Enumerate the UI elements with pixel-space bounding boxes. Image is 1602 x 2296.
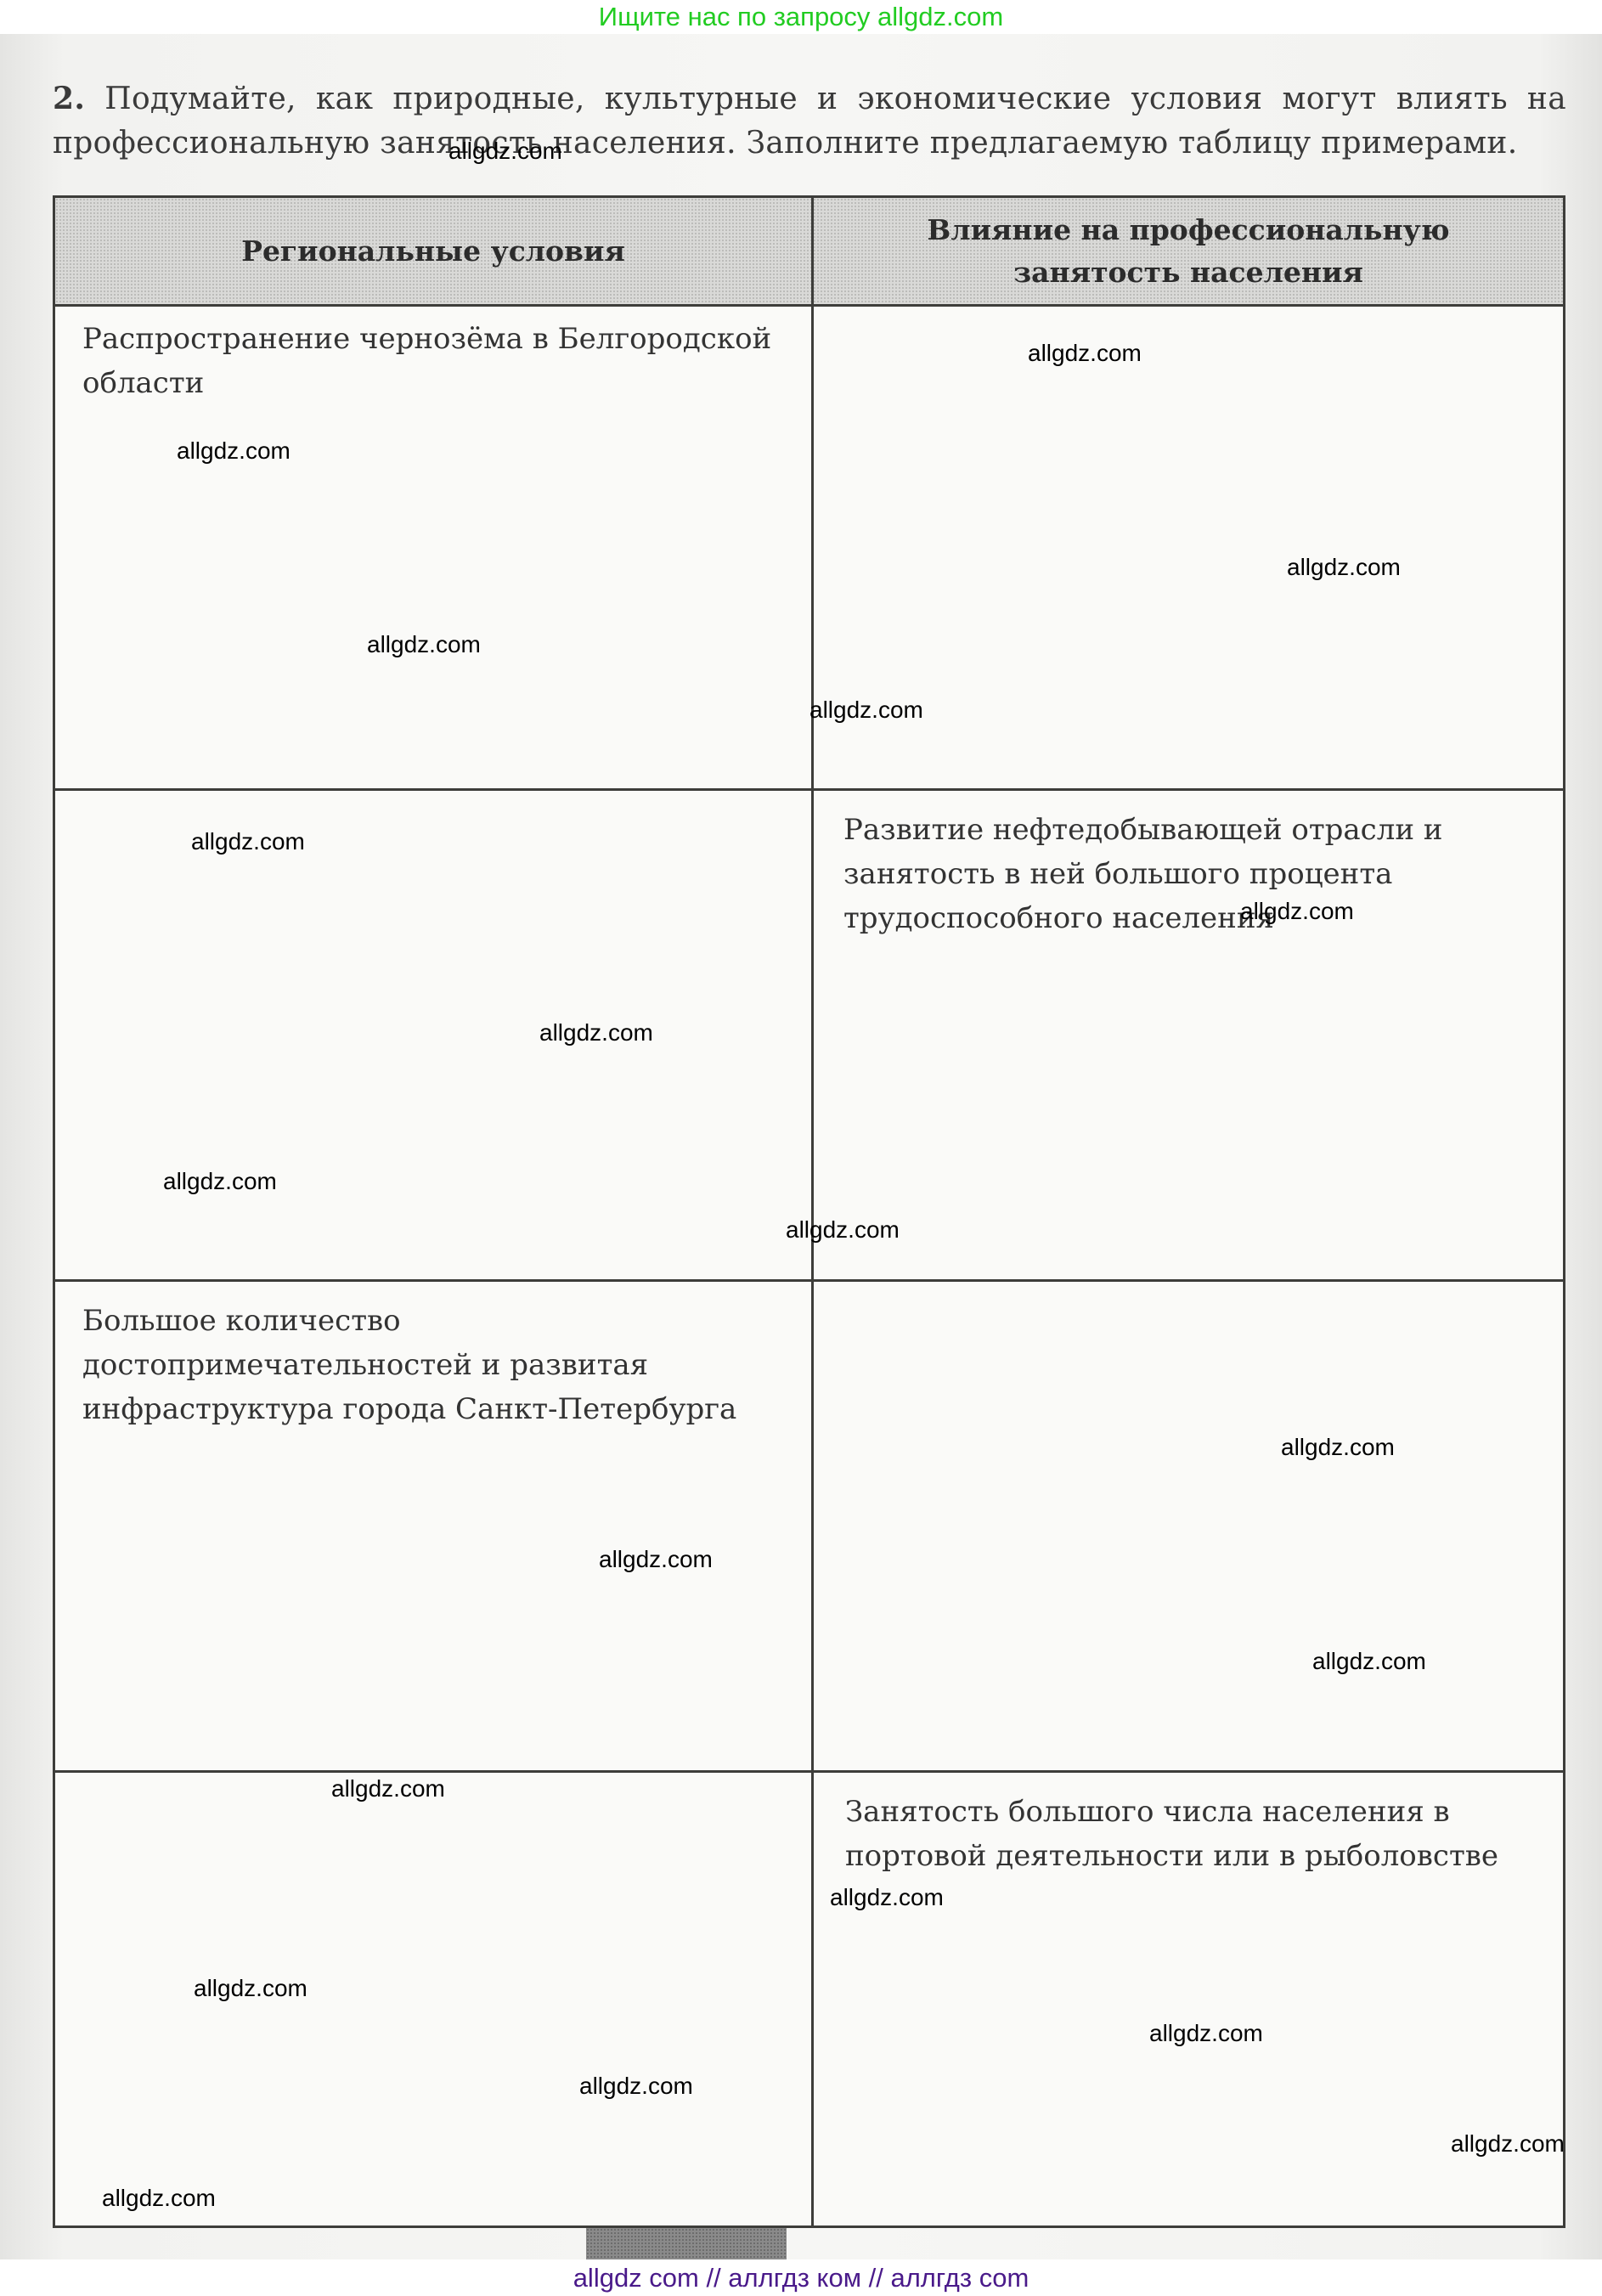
top-banner[interactable]: Ищите нас по запросу allgdz.com	[0, 0, 1602, 34]
watermark: allgdz.com	[1240, 898, 1354, 925]
task-prompt: 2. Подумайте, как природные, культурные …	[53, 76, 1566, 166]
row-1-condition[interactable]: Распространение чернозёма в Белгородской…	[82, 317, 779, 405]
watermark: allgdz.com	[331, 1775, 445, 1802]
row-divider	[55, 1770, 1563, 1773]
watermark: allgdz.com	[191, 828, 305, 855]
examples-table: Региональные условия Влияние на професси…	[53, 195, 1565, 2228]
watermark: allgdz.com	[1287, 554, 1401, 581]
watermark: allgdz.com	[194, 1975, 307, 2002]
watermark: allgdz.com	[1451, 2130, 1565, 2158]
watermark: allgdz.com	[599, 1546, 713, 1573]
watermark: allgdz.com	[1149, 2020, 1263, 2047]
task-number: 2.	[53, 81, 85, 116]
row-divider	[55, 1279, 1563, 1282]
header-regional-conditions: Региональные условия	[55, 198, 811, 304]
watermark: allgdz.com	[163, 1168, 277, 1195]
watermark: allgdz.com	[102, 2185, 216, 2212]
watermark: allgdz.com	[786, 1216, 900, 1244]
watermark: allgdz.com	[579, 2073, 693, 2100]
header-influence: Влияние на профессиональную занятость на…	[814, 198, 1563, 304]
watermark: allgdz.com	[367, 631, 481, 658]
watermark: allgdz.com	[830, 1884, 944, 1911]
watermark: allgdz.com	[1028, 340, 1142, 367]
task-text: Подумайте, как природные, культурные и э…	[53, 82, 1566, 161]
row-2-influence[interactable]: Развитие нефтедобывающей отрасли и занят…	[843, 808, 1540, 940]
watermark: allgdz.com	[1281, 1434, 1395, 1461]
watermark: allgdz.com	[448, 138, 562, 165]
column-divider	[811, 198, 814, 2225]
row-4-influence[interactable]: Занятость большого числа населения в пор…	[845, 1790, 1542, 1878]
row-divider	[55, 788, 1563, 791]
textbook-page: 2. Подумайте, как природные, культурные …	[0, 34, 1602, 2259]
footer-links[interactable]: allgdz com // аллгдз ком // аллгдз com	[0, 2259, 1602, 2296]
watermark: allgdz.com	[809, 697, 923, 724]
page-tab-marker	[586, 2228, 787, 2259]
watermark: allgdz.com	[1312, 1648, 1426, 1675]
watermark: allgdz.com	[539, 1019, 653, 1046]
row-3-condition[interactable]: Большое количество достопримечательносте…	[82, 1299, 779, 1431]
watermark: allgdz.com	[177, 437, 291, 465]
